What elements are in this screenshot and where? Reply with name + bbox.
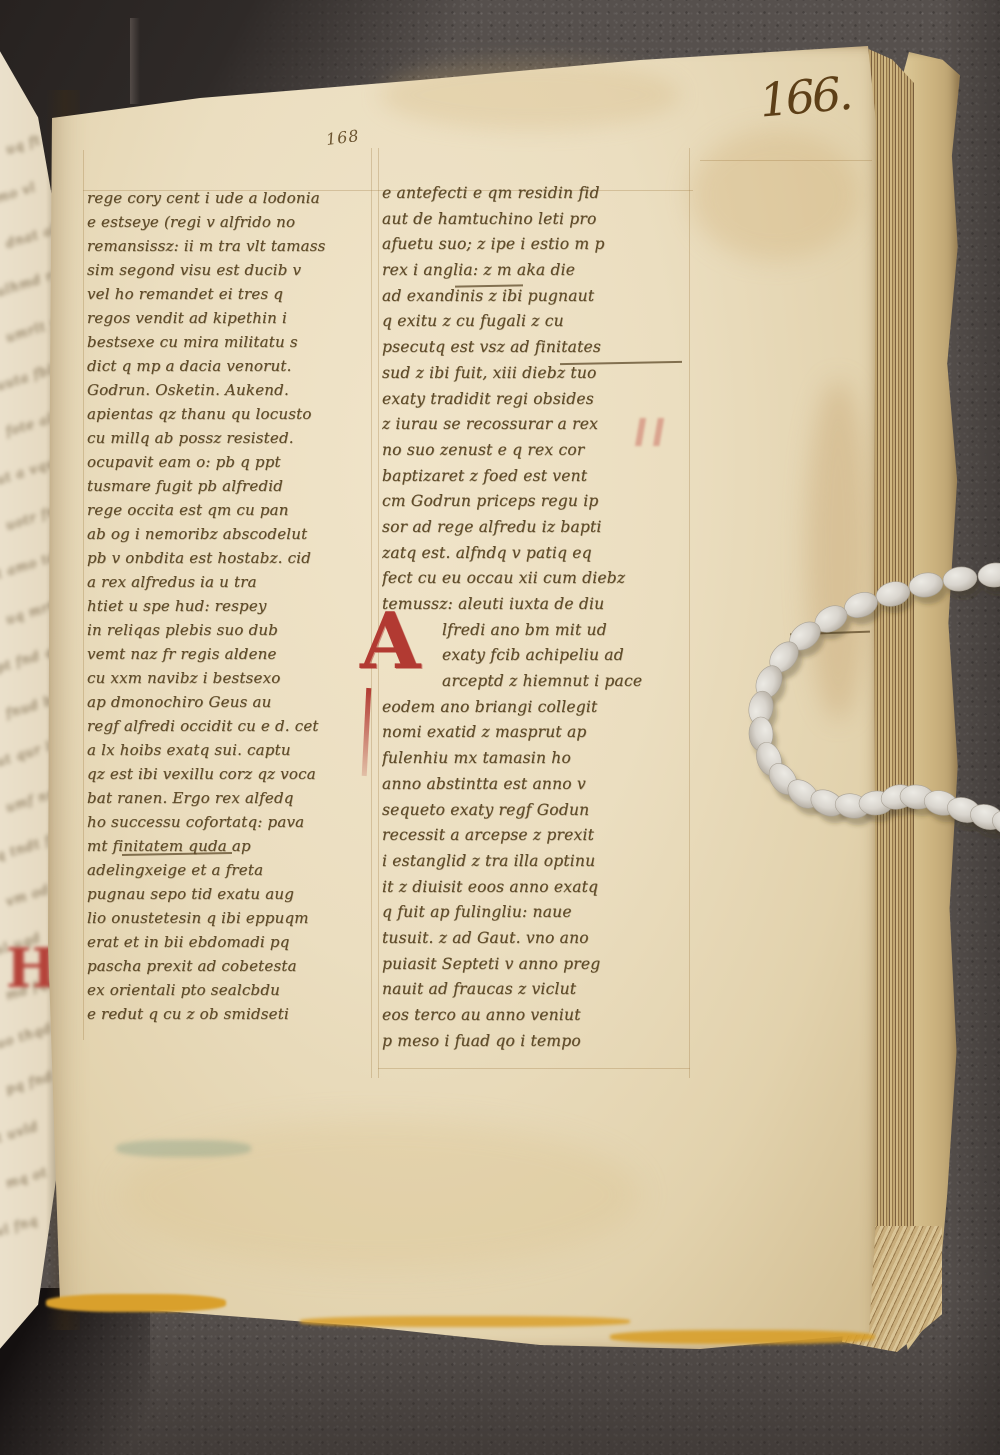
manuscript-text-line: it z diuisit eoos anno exatq bbox=[382, 875, 694, 901]
manuscript-text-line: psecutq est vsz ad finitates bbox=[382, 335, 694, 361]
bottom-edge-yellow-stain bbox=[300, 1316, 630, 1327]
ruling-line bbox=[700, 160, 872, 161]
manuscript-text-line: recessit a arcepse z prexit bbox=[382, 823, 694, 849]
manuscript-text-line: ad exandinis z ibi pugnaut bbox=[382, 284, 694, 310]
manuscript-text-line: vel ho remandet ei tres q bbox=[87, 282, 377, 306]
manuscript-text-line: apientas qz thanu qu locusto bbox=[87, 402, 377, 426]
manuscript-text-line: vemt naz fr regis aldene bbox=[87, 642, 377, 666]
manuscript-text-line: puiasit Septeti v anno preg bbox=[382, 952, 694, 978]
folio-number: 166. bbox=[757, 62, 893, 143]
manuscript-text-line: cu xxm navibz i bestsexo bbox=[87, 666, 377, 690]
bottom-edge-yellow-stain bbox=[610, 1330, 875, 1344]
manuscript-text-line: anno abstintta est anno v bbox=[382, 772, 694, 798]
manuscript-text-line: nauit ad fraucas z viclut bbox=[382, 977, 694, 1003]
manuscript-text-line: i estanglid z tra illa optinu bbox=[382, 849, 694, 875]
manuscript-text-line: pascha prexit ad cobetesta bbox=[87, 954, 377, 978]
manuscript-text-line: ab og i nemoribz abscodelut bbox=[87, 522, 377, 546]
manuscript-text-line: e estseye (regi v alfrido no bbox=[87, 210, 377, 234]
manuscript-text-line: afuetu suo; z ipe i estio m p bbox=[382, 232, 694, 258]
manuscript-text-line: dict q mp a dacia venorut. bbox=[87, 354, 377, 378]
manuscript-text-line: e antefecti e qm residin fid bbox=[382, 181, 694, 207]
manuscript-photo: uq ftmo vldnat alulhmd rqumrlt y quuta f… bbox=[0, 0, 1000, 1455]
red-ink-offset-smudge bbox=[624, 418, 672, 446]
manuscript-text-line: ho successu cofortatq: pava bbox=[87, 810, 377, 834]
manuscript-text-line: lio onustetesin q ibi eppuqm bbox=[87, 906, 377, 930]
bottom-edge-yellow-stain bbox=[46, 1294, 226, 1312]
manuscript-text-line: eodem ano briangi collegit bbox=[382, 695, 694, 721]
text-column-left: rege cory cent i ude a lodoniae estseye … bbox=[87, 186, 377, 1046]
manuscript-text-line: remansissz: ii m tra vlt tamass bbox=[87, 234, 377, 258]
manuscript-text-line: regos vendit ad kipethin i bbox=[87, 306, 377, 330]
manuscript-text-line: htiet u spe hud: respey bbox=[87, 594, 377, 618]
manuscript-text-line: cm Godrun priceps regu ip bbox=[382, 489, 694, 515]
manuscript-text-line: ocupavit eam o: pb q ppt bbox=[87, 450, 377, 474]
manuscript-text-line: bestsexe cu mira militatu s bbox=[87, 330, 377, 354]
manuscript-text-line: qz est ibi vexillu corz qz voca bbox=[87, 762, 377, 786]
manuscript-text-line: a rex alfredus ia u tra bbox=[87, 570, 377, 594]
manuscript-text-line: adelingxeige et a freta bbox=[87, 858, 377, 882]
parchment-stain bbox=[380, 60, 680, 130]
manuscript-text-line: tusmare fugit pb alfredid bbox=[87, 474, 377, 498]
manuscript-text-line: pb v onbdita est hostabz. cid bbox=[87, 546, 377, 570]
manuscript-text-line: bat ranen. Ergo rex alfedq bbox=[87, 786, 377, 810]
green-showthrough-smudge bbox=[116, 1140, 251, 1157]
manuscript-text-line: rex i anglia: z m aka die bbox=[382, 258, 694, 284]
manuscript-text-line: sim segond visu est ducib v bbox=[87, 258, 377, 282]
manuscript-text-line: regf alfredi occidit cu e d. cet bbox=[87, 714, 377, 738]
manuscript-text-line: erat et in bii ebdomadi pq bbox=[87, 930, 377, 954]
manuscript-text-line: cu millq ab possz resisted. bbox=[87, 426, 377, 450]
manuscript-text-line: in reliqas plebis suo dub bbox=[87, 618, 377, 642]
manuscript-text-line: q fuit ap fulingliu: naue bbox=[382, 900, 694, 926]
foam-block-edge bbox=[130, 18, 140, 104]
manuscript-text-line: a lx hoibs exatq sui. captu bbox=[87, 738, 377, 762]
manuscript-text-line: e redut q cu z ob smidseti bbox=[87, 1002, 377, 1026]
manuscript-text-line: baptizaret z foed est vent bbox=[382, 464, 694, 490]
manuscript-text-line: Godrun. Osketin. Aukend. bbox=[87, 378, 377, 402]
manuscript-text-line: sor ad rege alfredu iz bapti bbox=[382, 515, 694, 541]
manuscript-text-line: aut de hamtuchino leti pro bbox=[382, 207, 694, 233]
manuscript-text-line: exaty tradidit regi obsides bbox=[382, 387, 694, 413]
ruling-line bbox=[83, 150, 84, 1040]
manuscript-text-line: tusuit. z ad Gaut. vno ano bbox=[382, 926, 694, 952]
parchment-stain bbox=[690, 130, 860, 260]
manuscript-text-line: rege occita est qm cu pan bbox=[87, 498, 377, 522]
previous-page-rubric-initial: H bbox=[6, 938, 46, 1002]
manuscript-text-line: nomi exatid z masprut ap bbox=[382, 720, 694, 746]
manuscript-text-line: pugnau sepo tid exatu aug bbox=[87, 882, 377, 906]
manuscript-text-line: zatq est. alfndq v patiq eq bbox=[382, 541, 694, 567]
manuscript-text-line: ap dmonochiro Geus au bbox=[87, 690, 377, 714]
manuscript-text-line: fect cu eu occau xii cum diebz bbox=[382, 566, 694, 592]
manuscript-text-line: rege cory cent i ude a lodonia bbox=[87, 186, 377, 210]
manuscript-text-line: sud z ibi fuit, xiii diebz tuo bbox=[382, 361, 694, 387]
rubric-initial: A bbox=[360, 596, 430, 696]
quire-number: 168 bbox=[325, 126, 361, 149]
manuscript-text-line: fulenhiu mx tamasin ho bbox=[382, 746, 694, 772]
manuscript-text-line: eos terco au anno veniut bbox=[382, 1003, 694, 1029]
manuscript-text-line: p meso i fuad qo i tempo bbox=[382, 1029, 694, 1055]
manuscript-text-line: q exitu z cu fugali z cu bbox=[382, 309, 694, 335]
bead-string-book-weight bbox=[735, 535, 1000, 865]
manuscript-text-line: ex orientali pto sealcbdu bbox=[87, 978, 377, 1002]
manuscript-text-line: sequeto exaty regf Godun bbox=[382, 798, 694, 824]
